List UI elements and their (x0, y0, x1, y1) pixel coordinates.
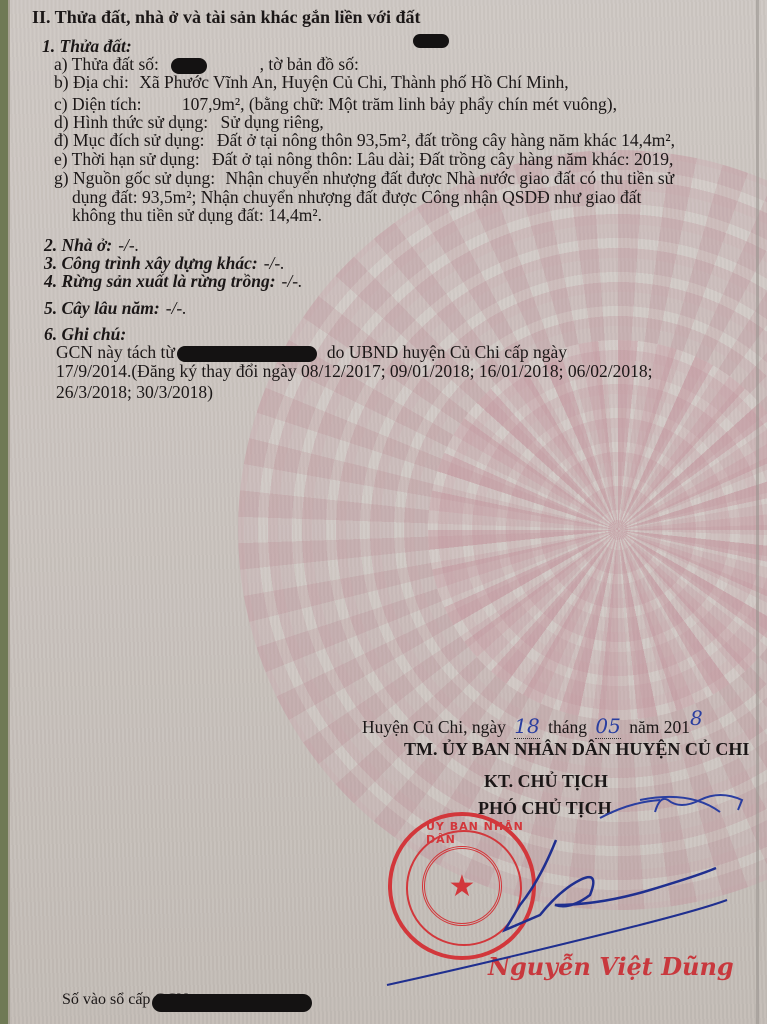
area-row: c) Diện tích: 107,9m², (bằng chữ: Một tr… (54, 96, 617, 114)
use-purpose-value: Đất ở tại nông thôn 93,5m², đất trồng câ… (217, 130, 675, 150)
issuing-organization: TM. ỦY BAN NHÂN DÂN HUYỆN CỦ CHI (404, 740, 749, 758)
official-seal: ★ ỦY BAN NHÂN DÂN (388, 812, 536, 960)
asset-item: 3. Công trình xây dựng khác:-/-. (44, 255, 285, 273)
bronze-drum-watermark (238, 150, 767, 910)
place-date: Huyện Củ Chi, ngày 18 tháng 05 năm 2018 (362, 716, 703, 737)
use-origin-value-2: dụng đất: 93,5m²; Nhận chuyển nhượng đất… (72, 189, 641, 207)
star-emblem-icon: ★ (422, 846, 502, 926)
date-day: 18 (514, 714, 539, 739)
address-value: Xã Phước Vĩnh An, Huyện Củ Chi, Thành ph… (139, 72, 568, 92)
date-month: 05 (595, 714, 620, 739)
parcel-number-label: a) Thửa đất số: (54, 54, 159, 74)
land-heading: 1. Thửa đất: (42, 38, 132, 56)
role-vice-chairman: PHÓ CHỦ TỊCH (478, 799, 612, 817)
area-value: 107,9m², (bằng chữ: Một trăm linh bảy ph… (182, 94, 617, 114)
use-form-value: Sử dụng riêng, (220, 112, 323, 132)
use-purpose-row: đ) Mục đích sử dụng: Đất ở tại nông thôn… (54, 132, 675, 150)
notes-line-1: GCN này tách từdo UBND huyện Củ Chi cấp … (56, 344, 567, 362)
use-term-value: Đất ở tại nông thôn: Lâu dài; Đất trồng … (212, 149, 673, 169)
use-origin-value-3: không thu tiền sử dụng đất: 14,4m². (72, 207, 322, 225)
map-sheet-label: , tờ bản đồ số: (260, 54, 359, 74)
use-term-row: e) Thời hạn sử dụng: Đất ở tại nông thôn… (54, 151, 673, 169)
date-year-digit: 8 (690, 706, 703, 730)
section-title: II. Thửa đất, nhà ở và tài sản khác gắn … (32, 8, 421, 26)
asset-item: 4. Rừng sản xuất là rừng trồng:-/-. (44, 273, 302, 291)
asset-item: 2. Nhà ở:-/-. (44, 237, 139, 255)
role-acting-chairman: KT. CHỦ TỊCH (484, 772, 608, 790)
redacted-map-sheet-number (413, 34, 449, 48)
asset-item: 5. Cây lâu năm:-/-. (44, 300, 187, 318)
page-fold (756, 0, 759, 1024)
notes-line-3: 26/3/2018; 30/3/2018) (56, 384, 213, 402)
use-origin-row: g) Nguồn gốc sử dụng: Nhận chuyển nhượng… (54, 170, 674, 188)
signer-name: Nguyễn Việt Dũng (488, 952, 734, 981)
use-form-row: d) Hình thức sử dụng: Sử dụng riêng, (54, 114, 324, 132)
notes-line-2: 17/9/2014.(Đăng ký thay đổi ngày 08/12/2… (56, 363, 652, 381)
redacted-register-number (152, 994, 312, 1012)
address-row: b) Địa chỉ: Xã Phước Vĩnh An, Huyện Củ C… (54, 74, 569, 92)
redacted-certificate-number (177, 346, 317, 362)
use-origin-value-1: Nhận chuyển nhượng đất được Nhà nước gia… (226, 168, 675, 188)
notes-heading: 6. Ghi chú: (44, 326, 126, 344)
